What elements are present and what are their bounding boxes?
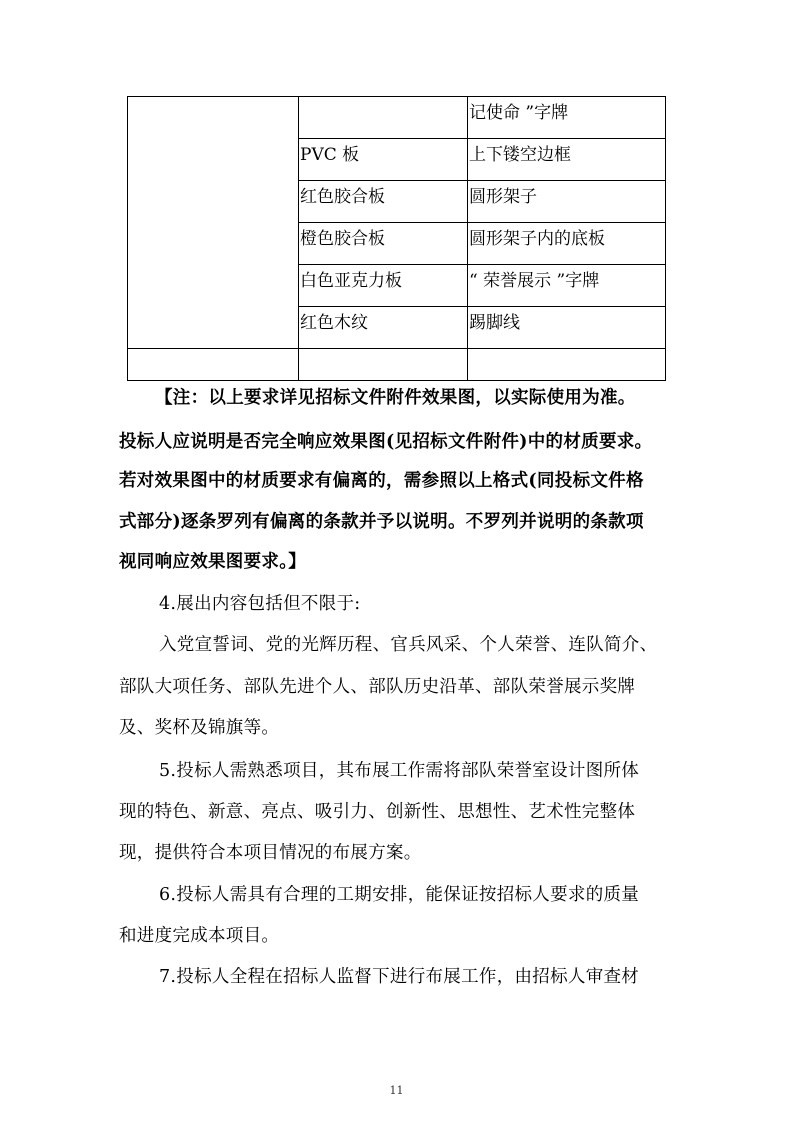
table-row: 记使命 ”字牌 — [128, 97, 666, 139]
item-line: 入党宣誓词、党的光辉历程、官兵风采、个人荣誉、连队简介、 — [159, 631, 657, 656]
table-cell — [468, 349, 666, 381]
table-cell — [128, 97, 299, 349]
note-line: 【注：以上要求详见招标文件附件效果图，以实际使用为准。 — [155, 384, 636, 409]
table-cell-material: 橙色胶合板 — [299, 223, 468, 265]
item-line: 和进度完成本项目。 — [119, 922, 279, 947]
table-row — [128, 349, 666, 381]
document-page: 记使命 ”字牌 PVC 板 上下镂空边框 红色胶合板 圆形架子 橙色胶合板 圆形… — [0, 0, 793, 1122]
note-line: 若对效果图中的材质要求有偏离的，需参照以上格式(同投标文件格 — [119, 467, 644, 492]
table-cell — [128, 349, 299, 381]
table-cell-part: 踢脚线 — [468, 307, 666, 349]
table-cell — [299, 349, 468, 381]
table-cell-material: PVC 板 — [299, 139, 468, 181]
item-line: 5.投标人需熟悉项目，其布展工作需将部队荣誉室设计图所体 — [159, 757, 639, 782]
table-cell-part: 圆形架子 — [468, 181, 666, 223]
note-line: 式部分)逐条罗列有偏离的条款并予以说明。不罗列并说明的条款项 — [119, 508, 644, 533]
table-cell-part: 上下镂空边框 — [468, 139, 666, 181]
table-cell-material — [299, 97, 468, 139]
table-cell-material: 红色木纹 — [299, 307, 468, 349]
materials-table: 记使命 ”字牌 PVC 板 上下镂空边框 红色胶合板 圆形架子 橙色胶合板 圆形… — [127, 96, 666, 381]
table-cell-material: 白色亚克力板 — [299, 265, 468, 307]
table-cell-part: 圆形架子内的底板 — [468, 223, 666, 265]
item-line: 7.投标人全程在招标人监督下进行布展工作，由招标人审查材 — [159, 963, 639, 988]
item-line: 及、奖杯及锦旗等。 — [119, 714, 279, 739]
note-line: 投标人应说明是否完全响应效果图(见招标文件附件)中的材质要求。 — [119, 428, 652, 453]
table-cell-material: 红色胶合板 — [299, 181, 468, 223]
note-line: 视同响应效果图要求。】 — [119, 548, 306, 573]
item-line: 4.展出内容包括但不限于: — [159, 590, 361, 615]
table-cell-part: “ 荣誉展示 ”字牌 — [468, 265, 666, 307]
item-line: 6.投标人需具有合理的工期安排，能保证按招标人要求的质量 — [159, 881, 639, 906]
page-number: 11 — [0, 1084, 793, 1097]
table-cell-part: 记使命 ”字牌 — [468, 97, 666, 139]
item-line: 现，提供符合本项目情况的布展方案。 — [119, 839, 422, 864]
item-line: 部队大项任务、部队先进个人、部队历史沿革、部队荣誉展示奖牌 — [119, 673, 635, 698]
item-line: 现的特色、新意、亮点、吸引力、创新性、思想性、艺术性完整体 — [119, 798, 635, 823]
